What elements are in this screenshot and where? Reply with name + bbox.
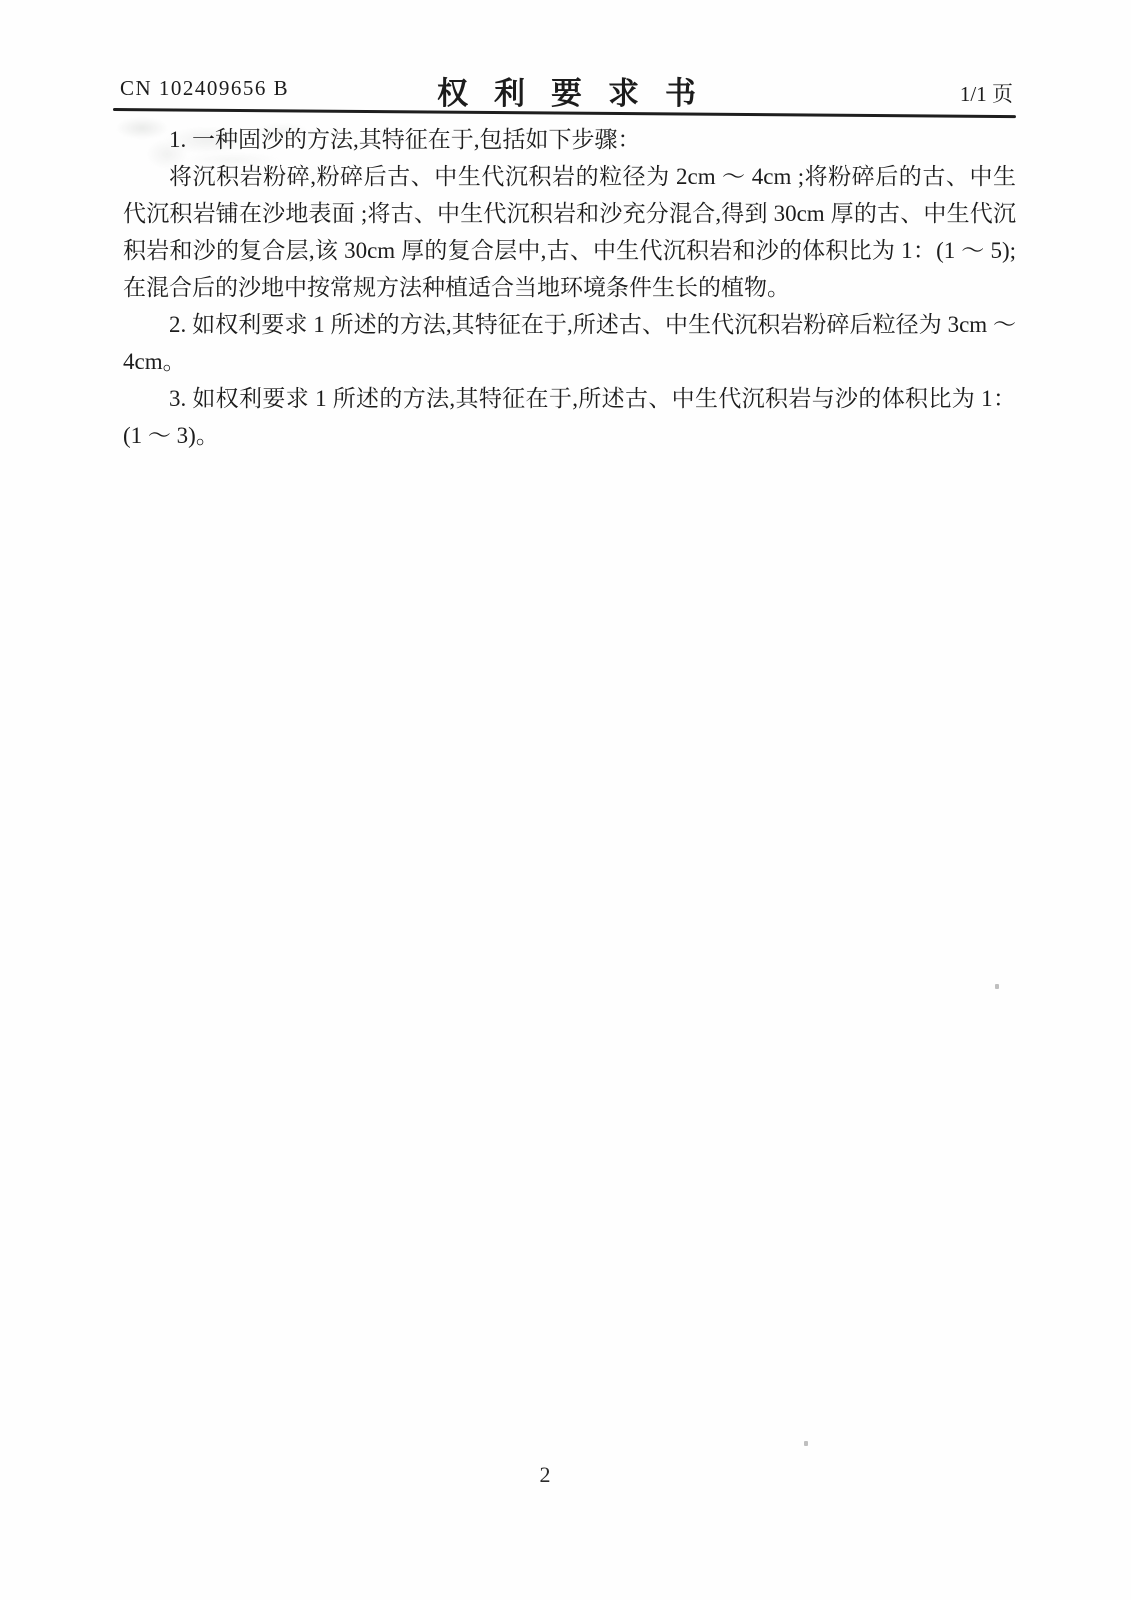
publication-number: CN 102409656 B	[120, 76, 289, 101]
claim-1-steps: 将沉积岩粉碎,粉碎后古、中生代沉积岩的粒径为 2cm ～ 4cm ;将粉碎后的古…	[123, 158, 1016, 306]
claim-1-intro: 1. 一种固沙的方法,其特征在于,包括如下步骤：	[123, 121, 1016, 158]
scan-speck	[995, 984, 999, 989]
scan-speck	[804, 1441, 808, 1446]
footer-page-number: 2	[0, 1462, 1090, 1488]
page-indicator: 1/1 页	[960, 78, 1013, 108]
claims-body: 1. 一种固沙的方法,其特征在于,包括如下步骤： 将沉积岩粉碎,粉碎后古、中生代…	[123, 121, 1016, 454]
claim-3: 3. 如权利要求 1 所述的方法,其特征在于,所述古、中生代沉积岩与沙的体积比为…	[123, 380, 1016, 454]
document-title: 权利要求书	[411, 68, 722, 113]
page-header: CN 102409656 B 权利要求书 1/1 页	[120, 68, 1013, 108]
claim-2: 2. 如权利要求 1 所述的方法,其特征在于,所述古、中生代沉积岩粉碎后粒径为 …	[123, 306, 1016, 380]
patent-claims-page: CN 102409656 B 权利要求书 1/1 页 1. 一种固沙的方法,其特…	[0, 0, 1131, 1600]
